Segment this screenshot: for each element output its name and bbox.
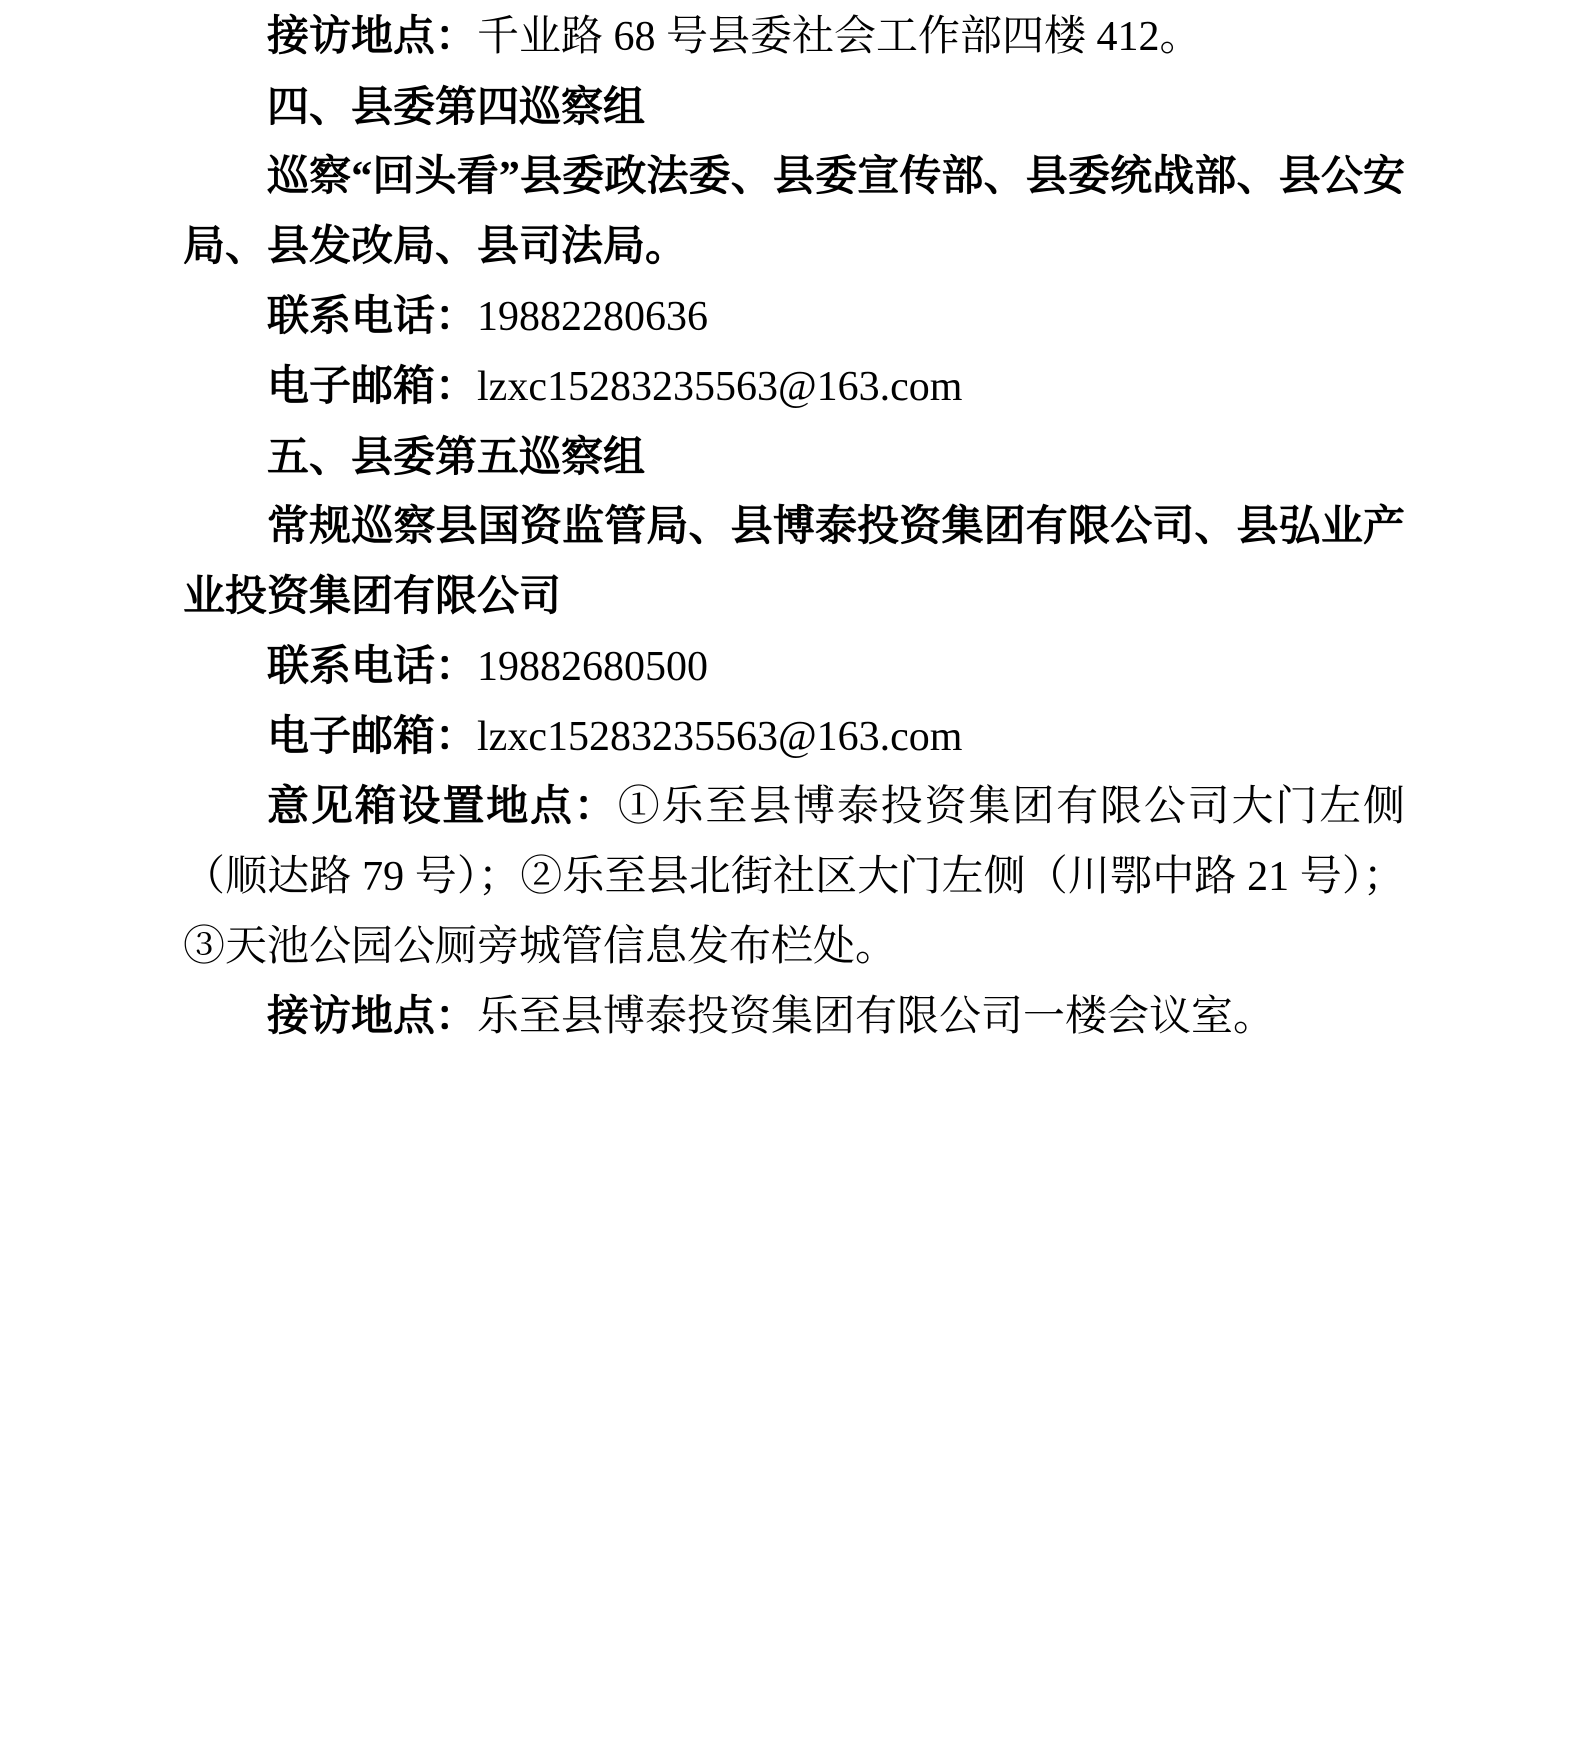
phone-label: 联系电话： bbox=[267, 644, 477, 690]
email-value: lzxc15283235563@163.com bbox=[477, 364, 962, 410]
para-group-four-email: 电子邮箱：lzxc15283235563@163.com bbox=[183, 352, 1405, 422]
para-group-five-targets: 常规巡察县国资监管局、县博泰投资集团有限公司、县弘业产业投资集团有限公司 bbox=[183, 492, 1405, 632]
para-suggestion-box-locations: 意见箱设置地点：①乐至县博泰投资集团有限公司大门左侧（顺达路 79 号）；②乐至… bbox=[183, 772, 1405, 982]
phone-label: 联系电话： bbox=[267, 294, 477, 340]
phone-value: 19882680500 bbox=[477, 644, 708, 690]
para-reception-address-group-five: 接访地点：乐至县博泰投资集团有限公司一楼会议室。 bbox=[183, 982, 1405, 1052]
document-page: 接访地点：千业路 68 号县委社会工作部四楼 412。 四、县委第四巡察组 巡察… bbox=[0, 0, 1587, 1739]
para-reception-address-group-three: 接访地点：千业路 68 号县委社会工作部四楼 412。 bbox=[183, 2, 1405, 72]
suggestion-box-label: 意见箱设置地点： bbox=[267, 784, 618, 830]
reception-address-label: 接访地点： bbox=[267, 14, 477, 60]
text-column: 接访地点：千业路 68 号县委社会工作部四楼 412。 四、县委第四巡察组 巡察… bbox=[183, 2, 1405, 1052]
phone-value: 19882280636 bbox=[477, 294, 708, 340]
para-group-four-targets: 巡察“回头看”县委政法委、县委宣传部、县委统战部、县公安局、县发改局、县司法局。 bbox=[183, 142, 1405, 282]
reception-address-value: 千业路 68 号县委社会工作部四楼 412。 bbox=[477, 14, 1202, 60]
heading-group-five: 五、县委第五巡察组 bbox=[183, 422, 1405, 492]
reception-address-label: 接访地点： bbox=[267, 994, 477, 1040]
para-group-four-phone: 联系电话：19882280636 bbox=[183, 282, 1405, 352]
reception-address-value: 乐至县博泰投资集团有限公司一楼会议室。 bbox=[477, 994, 1275, 1040]
email-label: 电子邮箱： bbox=[267, 714, 477, 760]
email-value: lzxc15283235563@163.com bbox=[477, 714, 962, 760]
email-label: 电子邮箱： bbox=[267, 364, 477, 410]
para-group-five-email: 电子邮箱：lzxc15283235563@163.com bbox=[183, 702, 1405, 772]
heading-group-four: 四、县委第四巡察组 bbox=[183, 72, 1405, 142]
para-group-five-phone: 联系电话：19882680500 bbox=[183, 632, 1405, 702]
